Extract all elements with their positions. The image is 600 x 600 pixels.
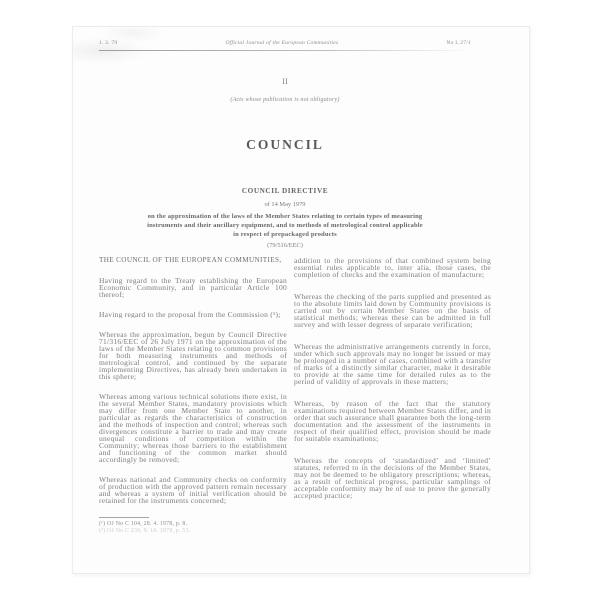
- header-journal-title: Official Journal of the European Communi…: [225, 40, 338, 46]
- footnote-rule: [99, 517, 149, 518]
- header-rule: [99, 50, 471, 51]
- preamble-opening: THE COUNCIL OF THE EUROPEAN COMMUNITIES,: [99, 257, 287, 264]
- footnote: (¹) OJ No C 104, 28. 4. 1978, p. 8.: [99, 521, 287, 528]
- directive-number: (79/516/EEC): [99, 242, 471, 249]
- directive-date: of 14 May 1979: [99, 201, 471, 208]
- directive-title-line: instruments and their ancillary equipmen…: [99, 221, 471, 230]
- header-page-code: No L 27/1: [446, 40, 471, 46]
- scanned-document-view: 1. 2. 79 Official Journal of the Europea…: [0, 0, 600, 600]
- recital-paragraph: Whereas national and Community checks on…: [99, 476, 287, 504]
- page-content: 1. 2. 79 Official Journal of the Europea…: [73, 27, 529, 573]
- recital-continuation: addition to the provisions of that combi…: [294, 257, 491, 278]
- page-header: 1. 2. 79 Official Journal of the Europea…: [99, 40, 471, 46]
- left-column: THE COUNCIL OF THE EUROPEAN COMMUNITIES,…: [99, 257, 287, 535]
- right-column: addition to the provisions of that combi…: [294, 257, 491, 514]
- recital-paragraph: Whereas the concepts of ‘standardized’ a…: [294, 457, 491, 499]
- footnote: (²) OJ No C 239, 9. 10. 1978, p. 53.: [99, 528, 287, 535]
- recital-paragraph: Whereas the checking of the parts suppli…: [294, 293, 491, 328]
- recital-paragraph: Whereas, by reason of the fact that the …: [294, 400, 491, 442]
- recital-paragraph: Whereas among various technical solution…: [99, 393, 287, 463]
- directive-title: on the approximation of the laws of the …: [99, 212, 471, 239]
- section-note: (Acts whose publication is not obligator…: [99, 97, 471, 103]
- directive-title-line: in respect of prepackaged products: [99, 230, 471, 239]
- footnote-block: (¹) OJ No C 104, 28. 4. 1978, p. 8. (²) …: [99, 517, 287, 535]
- recital-paragraph: Whereas the administrative arrangements …: [294, 343, 491, 385]
- directive-kind: COUNCIL DIRECTIVE: [99, 187, 471, 195]
- header-date: 1. 2. 79: [99, 40, 117, 46]
- directive-title-line: on the approximation of the laws of the …: [99, 212, 471, 221]
- institution-heading: COUNCIL: [99, 137, 471, 153]
- document-page: 1. 2. 79 Official Journal of the Europea…: [72, 26, 530, 574]
- recital-paragraph: Whereas the approximation, begun by Coun…: [99, 331, 287, 380]
- section-marker: II: [99, 76, 471, 86]
- preamble-paragraph: Having regard to the Treaty establishing…: [99, 277, 287, 298]
- preamble-paragraph: Having regard to the proposal from the C…: [99, 311, 287, 318]
